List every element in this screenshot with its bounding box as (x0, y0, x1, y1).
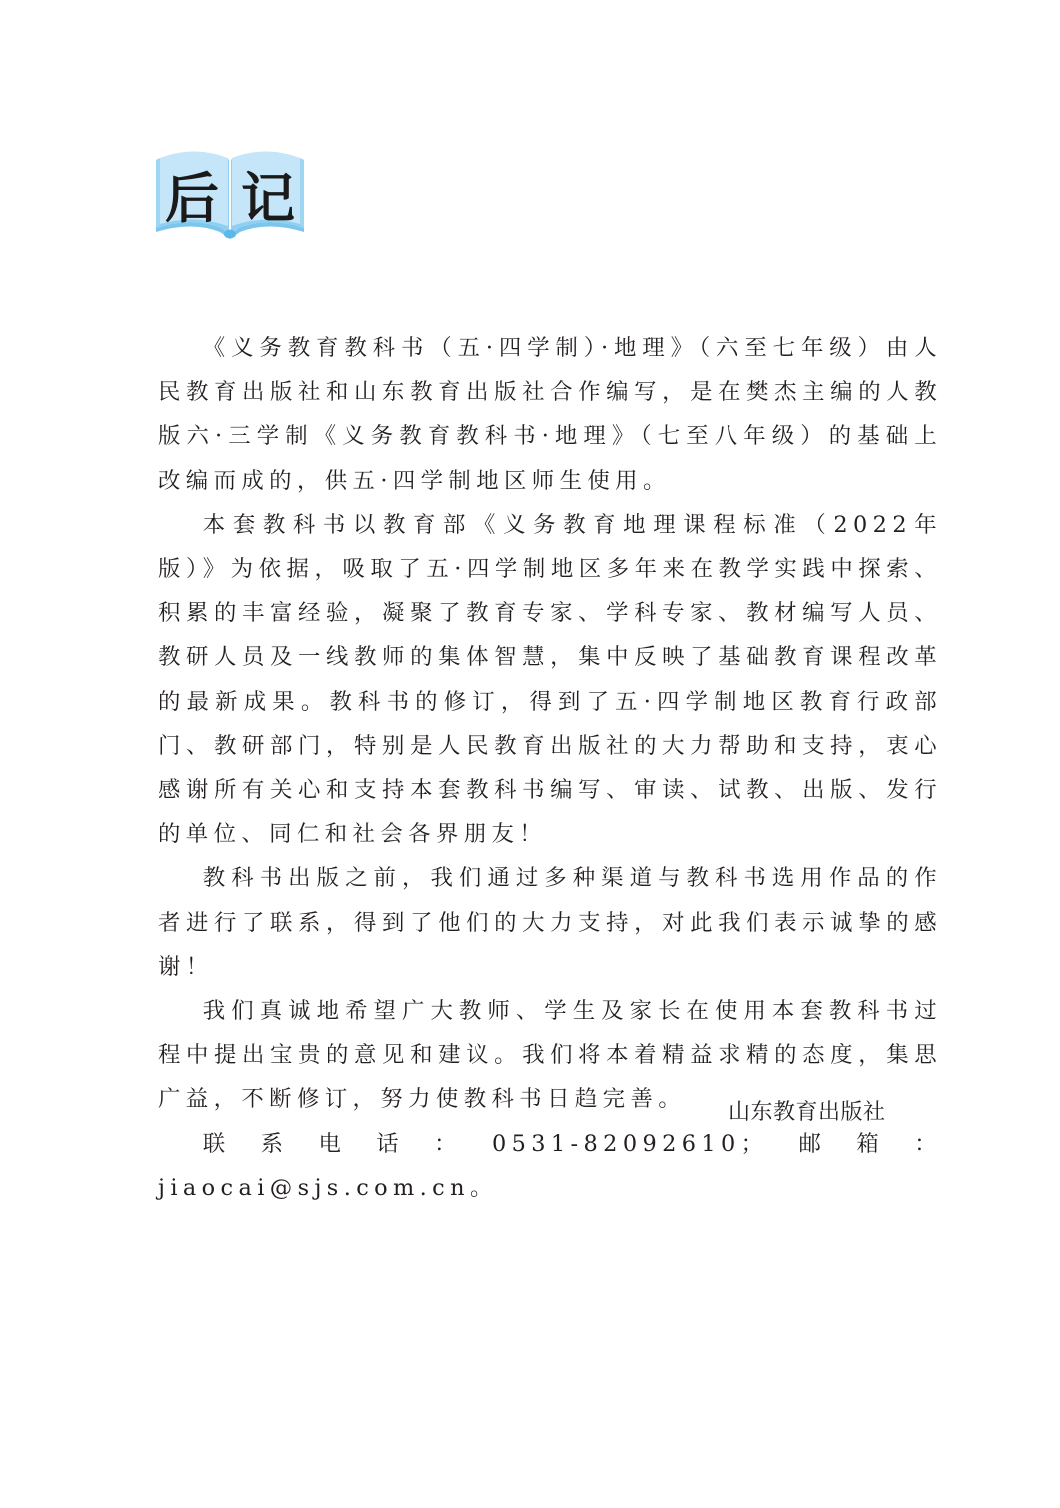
title-char-2: 记 (230, 156, 306, 233)
paragraph-intro: 《义务教育教科书（五·四学制）·地理》（六至七年级）由人民教育出版社和山东教育出… (158, 326, 942, 503)
paragraph-authors-thanks: 教科书出版之前，我们通过多种渠道与教科书选用作品的作者进行了联系，得到了他们的大… (158, 856, 942, 989)
title-badge: 后 记 (154, 146, 306, 242)
publisher-signature: 山东教育出版社 (728, 1095, 886, 1126)
paragraph-acknowledgement: 本套教科书以教育部《义务教育地理课程标准（2022年版）》为依据，吸取了五·四学… (158, 503, 942, 857)
contact-info: 联系电话：0531-82092610；邮箱：jiaocai@sjs.com.cn… (158, 1122, 942, 1210)
page-title: 后 记 (154, 154, 306, 234)
title-char-1: 后 (154, 156, 230, 233)
afterword-body: 《义务教育教科书（五·四学制）·地理》（六至七年级）由人民教育出版社和山东教育出… (158, 326, 942, 1210)
